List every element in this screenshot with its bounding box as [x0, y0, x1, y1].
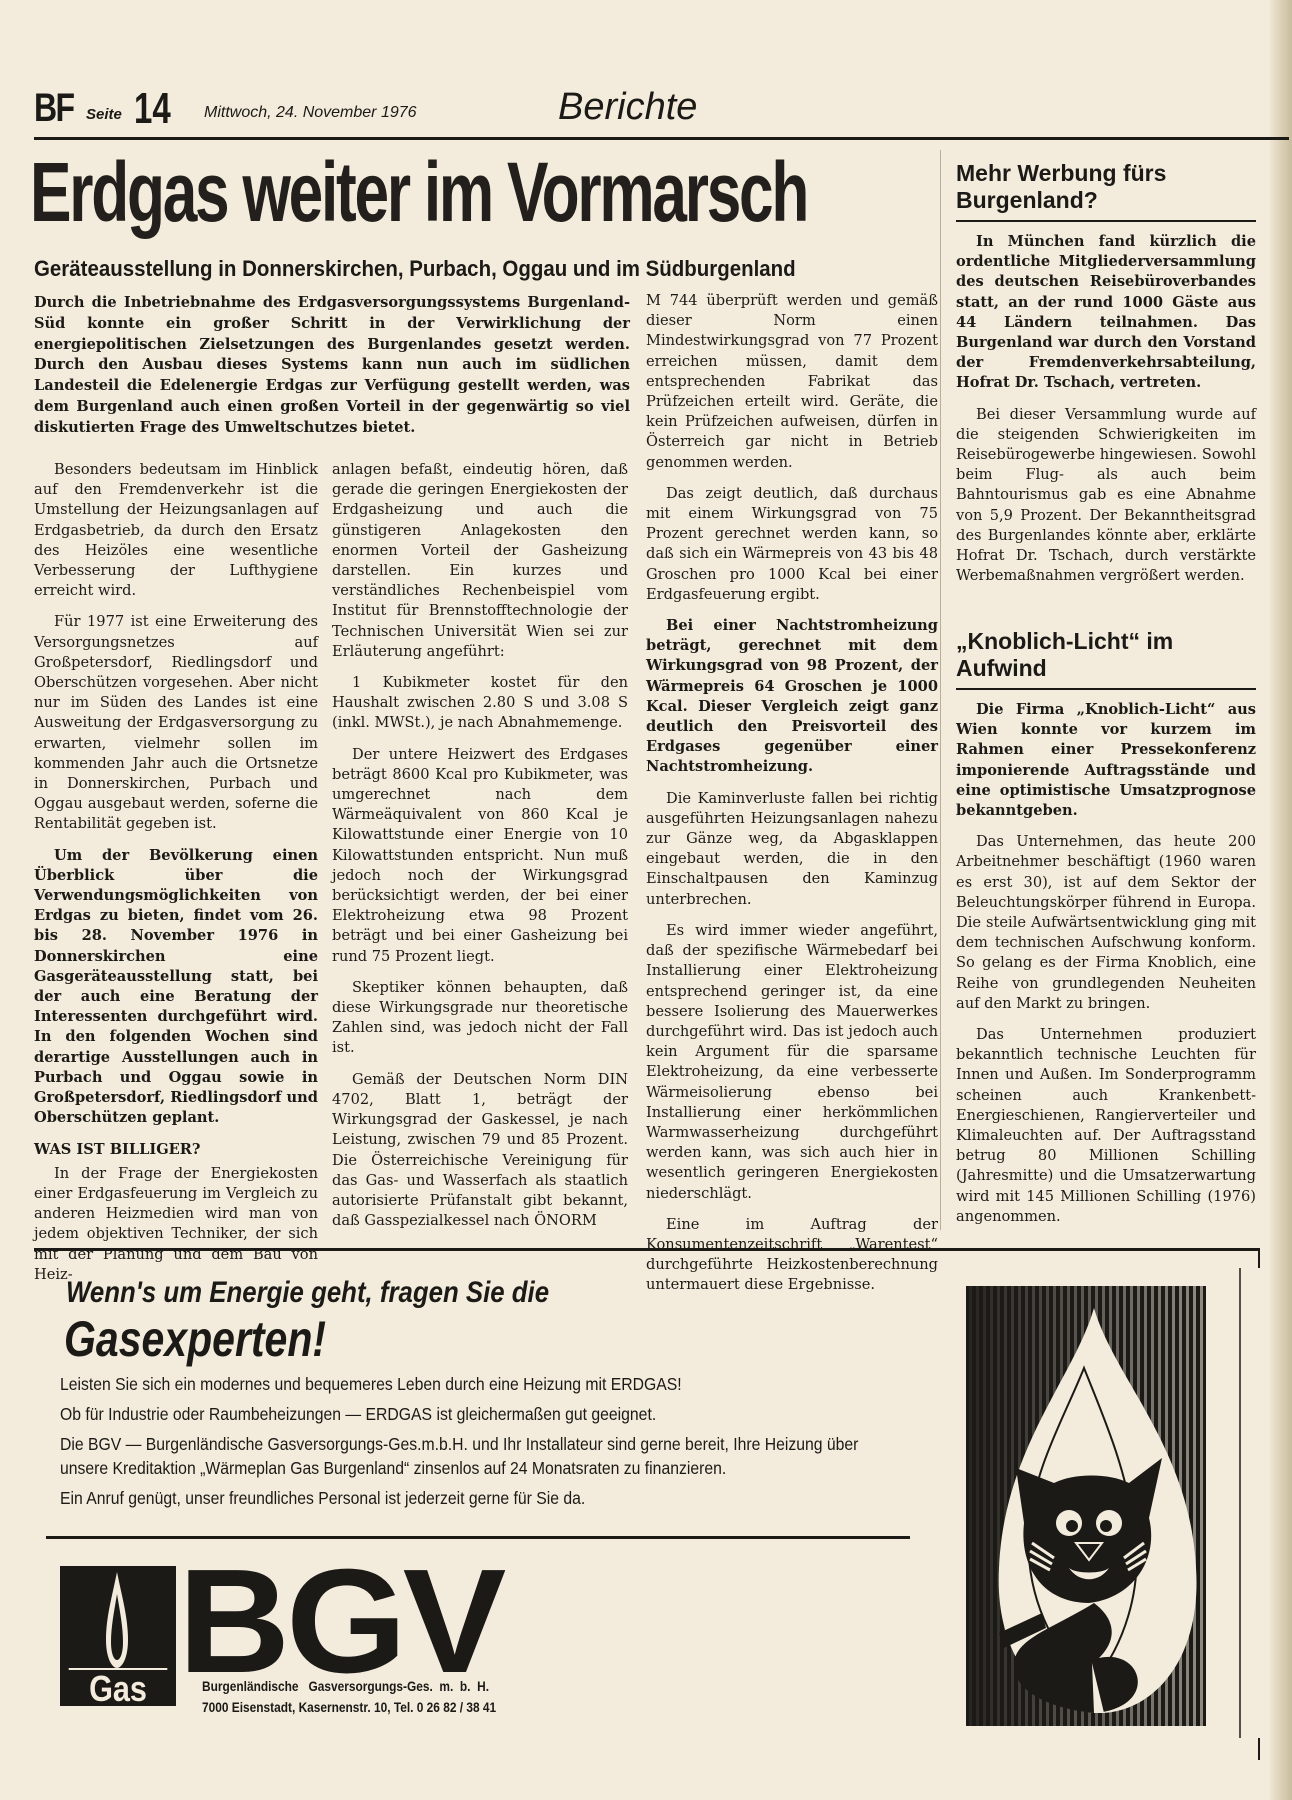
paper-logo: BF	[34, 86, 73, 131]
paragraph: 1 Kubikmeter kostet für den Haushalt zwi…	[332, 673, 628, 734]
subheading: WAS IST BILLIGER?	[34, 1140, 318, 1160]
ad-paragraph: Ein Anruf genügt, unser freundliches Per…	[60, 1486, 906, 1510]
article-column-3: M 744 überprüft werden und gemäß dieser …	[646, 291, 938, 1307]
main-subheadline: Geräteausstellung in Donnerskirchen, Pur…	[34, 256, 871, 282]
company-address: 7000 Eisenstadt, Kasernenstr. 10, Tel. 0…	[202, 1697, 496, 1718]
section-title: Berichte	[558, 86, 697, 129]
paragraph: Der untere Heizwert des Erdgases beträgt…	[332, 745, 628, 967]
article-column-1: Besonders bedeutsam im Hinblick auf den …	[34, 460, 318, 1296]
ad-tagline: Wenn's um Energie geht, fragen Sie die	[66, 1276, 549, 1310]
flame-icon	[102, 1572, 132, 1670]
paragraph: Eine im Auftrag der Konsumentenzeitschri…	[646, 1215, 938, 1296]
ad-headline: Gasexperten!	[64, 1310, 326, 1368]
ad-paragraph: Ob für Industrie oder Raumbeheizungen — …	[60, 1402, 906, 1426]
masthead-rule	[34, 137, 1289, 140]
paragraph: Das Unternehmen produziert bekanntlich t…	[956, 1025, 1256, 1227]
sidebar-body: In München fand kürzlich die ordentliche…	[956, 232, 1256, 586]
ad-paragraph: Leisten Sie sich ein modernes und bequem…	[60, 1372, 906, 1396]
company-info: Burgenländische Gasversorgungs-Ges. m. b…	[202, 1676, 496, 1718]
brand-wordmark: BGV	[178, 1548, 502, 1696]
ad-top-rule	[34, 1248, 1259, 1251]
main-headline: Erdgas weiter im Vormarsch	[30, 150, 696, 234]
newspaper-page: BF Seite 14 Mittwoch, 24. November 1976 …	[0, 0, 1292, 1800]
page-spine-shadow	[1270, 0, 1292, 1800]
paragraph: anlagen befaßt, eindeutig hören, daß ger…	[332, 460, 628, 662]
sidebar-body: Die Firma „Knoblich-Licht“ aus Wien konn…	[956, 700, 1256, 1227]
paragraph: Bei dieser Versammlung wurde auf die ste…	[956, 405, 1256, 587]
sidebar-article-knoblich: „Knoblich-Licht“ im Aufwind Die Firma „K…	[956, 628, 1256, 1238]
sidebar-title: Mehr Werbung fürs Burgenland?	[956, 160, 1256, 222]
paragraph: Für 1977 ist eine Erweiterung des Versor…	[34, 612, 318, 834]
paragraph-bold: Die Firma „Knoblich-Licht“ aus Wien konn…	[956, 700, 1256, 821]
paragraph-bold: Bei einer Nachtstromheizung beträgt, ger…	[646, 616, 938, 778]
paragraph-bold: In München fand kürzlich die ordentliche…	[956, 232, 1256, 394]
column-divider	[940, 150, 941, 1230]
paragraph: Die Kaminverluste fallen bei richtig aus…	[646, 789, 938, 910]
paragraph: Das Unternehmen, das heute 200 Arbeitneh…	[956, 832, 1256, 1014]
paragraph-bold: Um der Bevölkerung einen Überblick über …	[34, 846, 318, 1129]
main-lead-paragraph: Durch die Inbetriebnahme des Erdgasverso…	[34, 293, 630, 439]
paragraph: In der Frage der Energiekosten einer Erd…	[34, 1164, 318, 1285]
paragraph: Besonders bedeutsam im Hinblick auf den …	[34, 460, 318, 601]
page-label: Seite	[86, 106, 122, 123]
masthead: BF Seite 14 Mittwoch, 24. November 1976 …	[34, 84, 1289, 134]
gas-logo-text: Gas	[69, 1668, 168, 1708]
cat-in-flame-drop-icon	[944, 1268, 1260, 1738]
company-name: Burgenländische Gasversorgungs-Ges. m. b…	[202, 1676, 496, 1697]
paragraph: M 744 überprüft werden und gemäß dieser …	[646, 291, 938, 473]
paragraph: Gemäß der Deutschen Norm DIN 4702, Blatt…	[332, 1070, 628, 1232]
sidebar-article-werbung: Mehr Werbung fürs Burgenland? In München…	[956, 160, 1256, 597]
paragraph: Skeptiker können behaupten, daß diese Wi…	[332, 978, 628, 1059]
ad-paragraph: Die BGV — Burgenländische Gasversorgungs…	[60, 1432, 906, 1480]
sidebar-title: „Knoblich-Licht“ im Aufwind	[956, 628, 1256, 690]
gas-logo: Gas	[60, 1566, 176, 1706]
paragraph: Das zeigt deutlich, daß durchaus mit ein…	[646, 484, 938, 605]
page-number: 14	[134, 84, 171, 134]
paragraph: Es wird immer wieder angeführt, daß der …	[646, 921, 938, 1204]
ad-body: Leisten Sie sich ein modernes und bequem…	[60, 1372, 827, 1516]
article-column-2: anlagen befaßt, eindeutig hören, daß ger…	[332, 460, 628, 1242]
issue-date: Mittwoch, 24. November 1976	[204, 104, 417, 122]
